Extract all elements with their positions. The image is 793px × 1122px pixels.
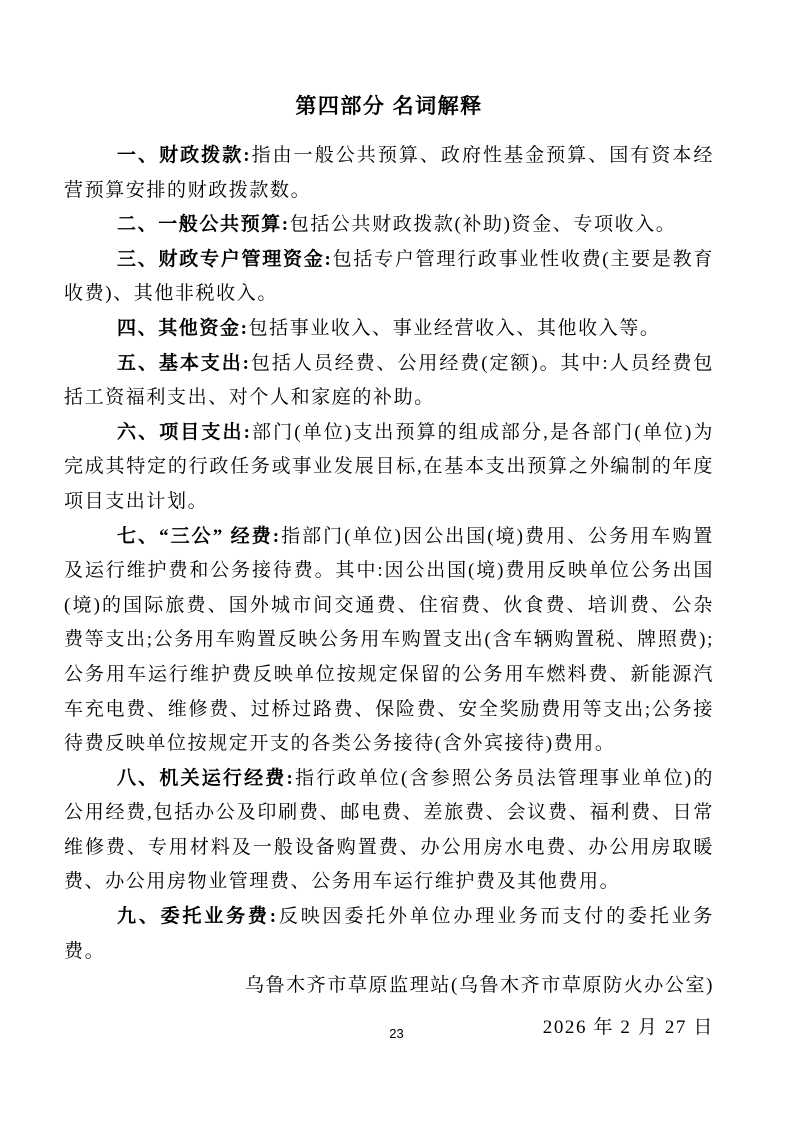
signature-line: 乌鲁木齐市草原监理站(乌鲁木齐市草原防火办公室) [64,969,714,1004]
definition-paragraph-7: 七、“三公” 经费:指部门(单位)因公出国(境)费用、公务用车购置及运行维护费和… [64,520,714,762]
definition-paragraph-1: 一、财政拨款:指由一般公共预算、政府性基金预算、国有资本经营预算安排的财政拨款数… [64,139,714,208]
term-label: 六、项目支出: [117,422,252,443]
term-label: 五、基本支出: [117,353,251,374]
page-number: 23 [0,1026,793,1042]
term-label: 三、财政专户管理资金: [117,249,332,270]
term-label: 四、其他资金: [117,318,249,339]
definition-paragraph-4: 四、其他资金:包括事业收入、事业经营收入、其他收入等。 [64,312,714,347]
definition-paragraph-9: 九、委托业务费:反映因委托外单位办理业务而支付的委托业务费。 [64,900,714,969]
term-label: 一、财政拨款: [117,145,251,166]
term-definition: 包括公共财政拨款(补助)资金、专项收入。 [290,214,677,235]
definition-paragraph-6: 六、项目支出:部门(单位)支出预算的组成部分,是各部门(单位)为完成其特定的行政… [64,416,714,520]
term-definition: 指部门(单位)因公出国(境)费用、公务用车购置及运行维护费和公务接待费。其中:因… [64,526,714,755]
document-page: 第四部分 名词解释 一、财政拨款:指由一般公共预算、政府性基金预算、国有资本经营… [0,0,793,1122]
definition-paragraph-3: 三、财政专户管理资金:包括专户管理行政事业性收费(主要是教育收费)、其他非税收入… [64,243,714,312]
definition-paragraph-5: 五、基本支出:包括人员经费、公用经费(定额)。其中:人员经费包括工资福利支出、对… [64,347,714,416]
document-content: 第四部分 名词解释 一、财政拨款:指由一般公共预算、政府性基金预算、国有资本经营… [64,93,714,1045]
page-title: 第四部分 名词解释 [64,93,714,120]
term-label: 九、委托业务费: [117,906,278,927]
term-label: 八、机关运行经费: [117,768,294,789]
term-label: 七、“三公” 经费: [117,526,281,547]
term-definition: 包括事业收入、事业经营收入、其他收入等。 [249,318,661,339]
term-label: 二、一般公共预算: [117,214,290,235]
definition-paragraph-8: 八、机关运行经费:指行政单位(含参照公务员法管理事业单位)的公用经费,包括办公及… [64,762,714,900]
definition-paragraph-2: 二、一般公共预算:包括公共财政拨款(补助)资金、专项收入。 [64,208,714,243]
